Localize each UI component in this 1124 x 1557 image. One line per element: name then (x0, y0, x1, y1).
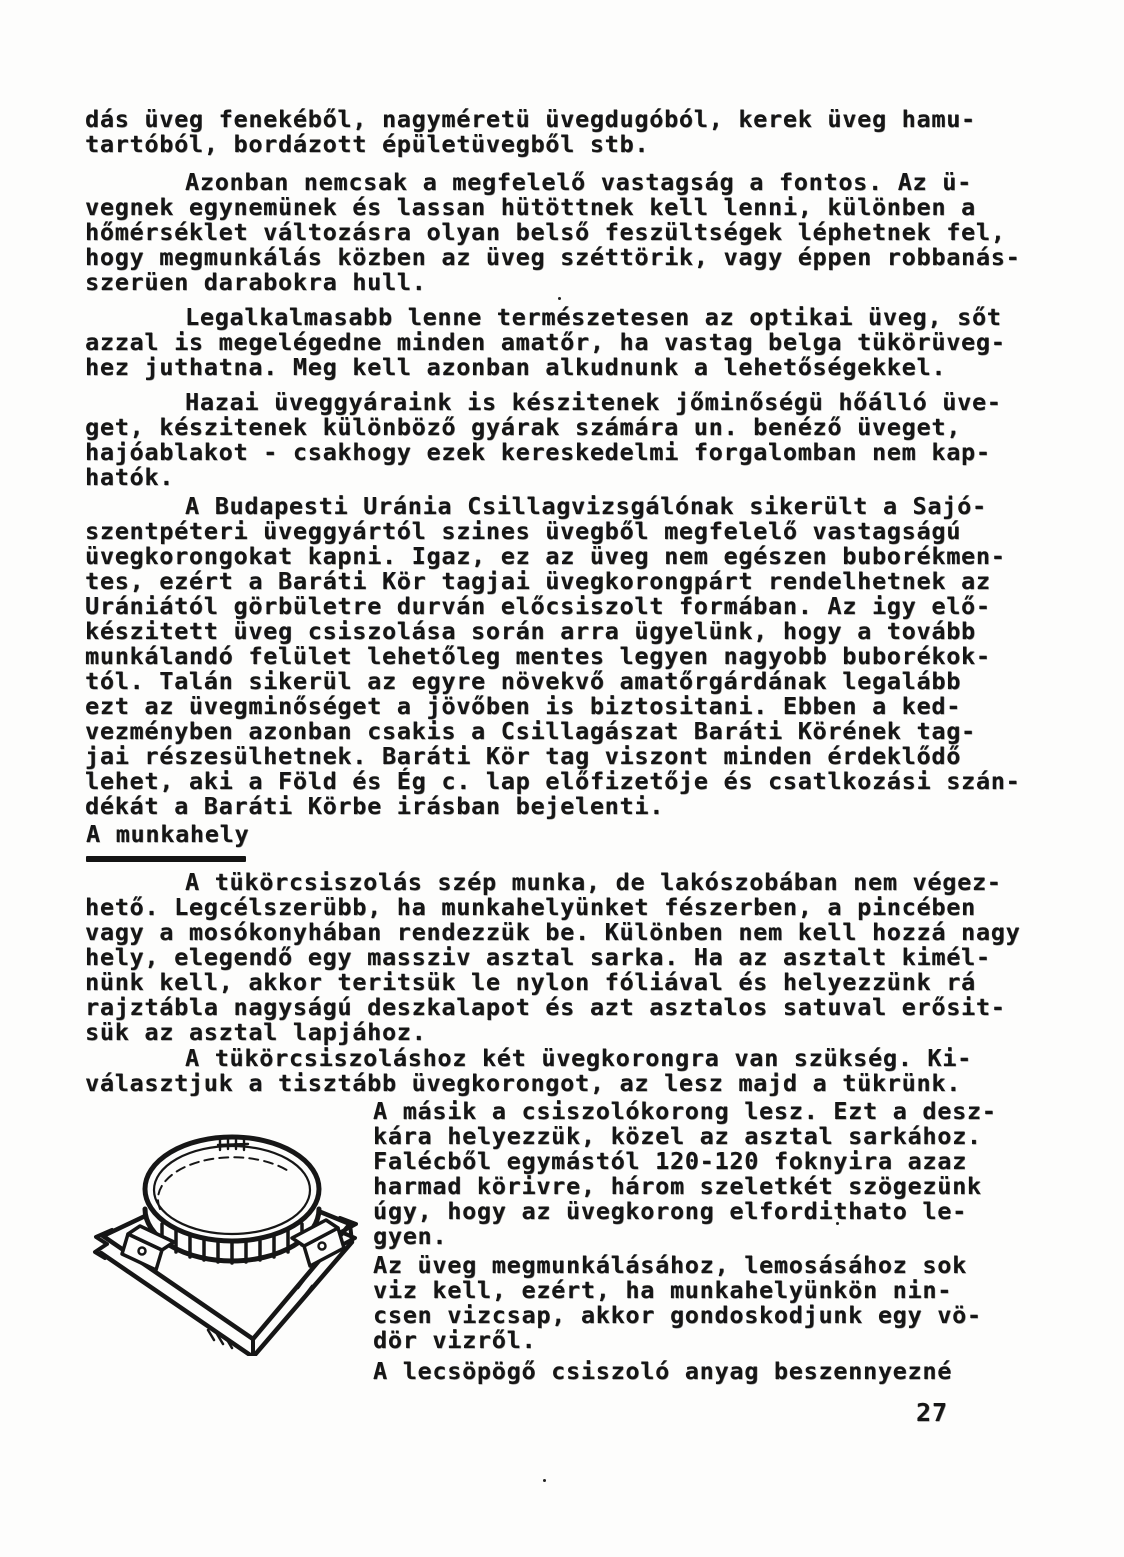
paragraph: A tükörcsiszoláshoz két üvegkorongra van… (85, 1046, 1025, 1096)
glass-disc-on-wooden-board-illustration (90, 1124, 370, 1356)
ink-speck (558, 297, 561, 300)
paragraph-beside-figure: A másik a csiszolókorong lesz. Ezt a des… (373, 1099, 1033, 1249)
ink-speck (543, 1479, 546, 1482)
paragraph: Legalkalmasabb lenne természetesen az op… (85, 305, 1025, 380)
paragraph: A tükörcsiszolás szép munka, de lakószob… (85, 870, 1025, 1045)
section-heading: A munkahely (86, 822, 249, 847)
heading-underline (86, 856, 246, 862)
paragraph-beside-figure: Az üveg megmunkálásához, lemosásához sok… (373, 1253, 1033, 1353)
ink-speck (836, 1222, 839, 1225)
page-number: 27 (916, 1398, 948, 1427)
document-page: dás üveg fenekéből, nagyméretü üvegdugób… (0, 0, 1124, 1557)
paragraph-continuation: dás üveg fenekéből, nagyméretü üvegdugób… (85, 107, 1025, 157)
paragraph-beside-figure: A lecsöpögő csiszoló anyag beszennyezné (373, 1359, 1033, 1384)
paragraph: A Budapesti Uránia Csillagvizsgálónak si… (85, 494, 1025, 819)
paragraph: Azonban nemcsak a megfelelő vastagság a … (85, 170, 1025, 295)
paragraph: Hazai üveggyáraink is készitenek jőminős… (85, 390, 1025, 490)
